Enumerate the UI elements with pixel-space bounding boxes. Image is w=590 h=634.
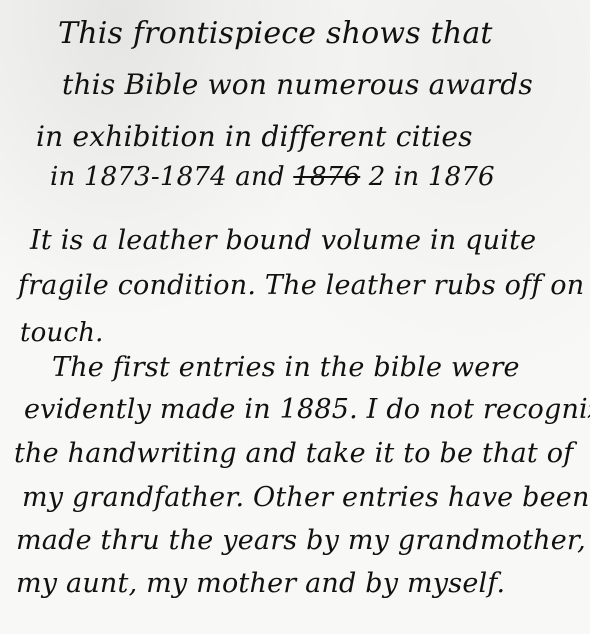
struck-through-text: 1876 bbox=[293, 162, 360, 192]
text-line: evidently made in 1885. I do not recogni… bbox=[24, 394, 590, 425]
text-segment: 2 in 1876 bbox=[360, 162, 495, 192]
text-line: This frontispiece shows that bbox=[58, 16, 493, 51]
text-line: The first entries in the bible were bbox=[52, 352, 520, 383]
text-line: this Bible won numerous awards bbox=[62, 68, 533, 101]
text-line: my grandfather. Other entries have been bbox=[22, 482, 590, 513]
text-line: touch. bbox=[20, 318, 104, 348]
text-line: the handwriting and take it to be that o… bbox=[14, 438, 573, 469]
text-line: fragile condition. The leather rubs off … bbox=[18, 270, 584, 301]
text-line: my aunt, my mother and by myself. bbox=[16, 568, 505, 599]
text-line-with-correction: in 1873-1874 and 1876 2 in 1876 bbox=[50, 162, 495, 192]
text-line: It is a leather bound volume in quite bbox=[30, 225, 536, 256]
text-line: in exhibition in different cities bbox=[36, 120, 473, 153]
text-line: made thru the years by my grandmother, bbox=[16, 525, 586, 556]
handwritten-page: This frontispiece shows that this Bible … bbox=[0, 0, 590, 634]
text-segment: in 1873-1874 and bbox=[50, 162, 293, 192]
